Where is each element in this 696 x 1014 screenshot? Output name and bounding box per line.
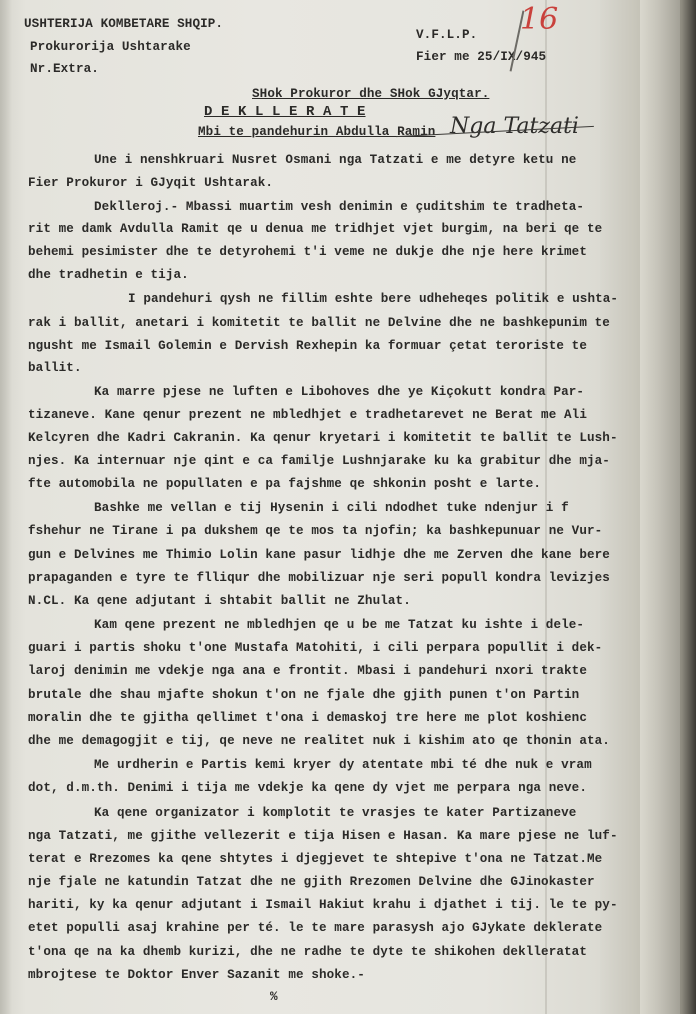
- body-line: nje fjale ne katundin Tatzat dhe ne gjit…: [28, 875, 595, 889]
- body-line: N.CL. Ka qene adjutant i shtabit ballit …: [28, 594, 411, 608]
- body-line: Ka qene organizator i komplotit te vrasj…: [94, 806, 576, 820]
- body-line: fte automobila ne popullaten e pa fajshm…: [28, 477, 541, 491]
- body-line: t'ona qe na ka dhemb kurizi, dhe ne radh…: [28, 945, 587, 959]
- body-line: Une i nenshkruari Nusret Osmani nga Tatz…: [94, 153, 576, 167]
- body-line: rit me damk Avdulla Ramit qe u denua me …: [28, 222, 602, 236]
- org-department: Prokurorija Ushtarake: [30, 40, 191, 54]
- body-line: fshehur ne Tirane i pa dukshem qe te mos…: [28, 524, 602, 538]
- body-line: guari i partis shoku t'one Mustafa Matoh…: [28, 641, 602, 655]
- torn-tape-strip: [640, 0, 680, 1014]
- body-line: Ka marre pjese ne luften e Libohoves dhe…: [94, 385, 584, 399]
- body-line: gun e Delvines me Thimio Lolin kane pasu…: [28, 548, 610, 562]
- place-date: Fier me 25/IX/945: [416, 50, 546, 64]
- body-line: terat e Rrezomes ka qene shtytes i djegj…: [28, 852, 602, 866]
- handwritten-subject: Nga Tatzati: [450, 114, 579, 139]
- body-line: Kam qene prezent ne mbledhjen qe u be me…: [94, 618, 584, 632]
- body-line: laroj denimin me vdekje nga ana e fronti…: [28, 664, 587, 678]
- body-line: dhe me demagogjit e tij, qe neve ne real…: [28, 734, 610, 748]
- body-line: ballit.: [28, 361, 82, 375]
- addressee: SHok Prokuror dhe SHok GJyqtar.: [252, 87, 489, 101]
- body-line: mbrojtese te Doktor Enver Sazanit me sho…: [28, 968, 365, 982]
- body-line: hariti, ky ka qenur adjutant i Ismail Ha…: [28, 898, 618, 912]
- body-line: dhe tradhetin e tija.: [28, 268, 189, 282]
- body-line: behemi pesimister dhe te detyrohemi t'i …: [28, 245, 587, 259]
- motto: V.F.L.P.: [416, 28, 477, 42]
- body-line: njes. Ka internuar nje qint e ca familje…: [28, 454, 610, 468]
- page-shadow: [0, 0, 12, 1014]
- body-line: brutale dhe shau mjafte shokun t'on ne f…: [28, 688, 579, 702]
- body-line: moralin dhe te gjitha qellimet t'ona i d…: [28, 711, 587, 725]
- body-line: etet populli asaj krahine per té. le te …: [28, 921, 602, 935]
- body-line: ngusht me Ismail Golemin e Dervish Rexhe…: [28, 339, 587, 353]
- body-line: I pandehuri qysh ne fillim eshte bere ud…: [128, 292, 618, 306]
- body-line: Deklleroj.- Mbassi muartim vesh denimin …: [94, 200, 584, 214]
- body-line: Me urdherin e Partis kemi kryer dy atent…: [94, 758, 592, 772]
- org-name: USHTERIJA KOMBETARE SHQIP.: [24, 17, 223, 31]
- body-line: tizaneve. Kane qenur prezent ne mbledhje…: [28, 408, 587, 422]
- body-line: prapaganden e tyre te flliqur dhe mobili…: [28, 571, 610, 585]
- handwritten-page-number: 16: [520, 2, 558, 37]
- document-number: Nr.Extra.: [30, 62, 99, 76]
- body-line: nga Tatzati, me gjithe vellezerit e tija…: [28, 829, 618, 843]
- body-line: Bashke me vellan e tij Hysenin i cili nd…: [94, 501, 569, 515]
- footer-mark: %: [270, 990, 278, 1004]
- body-line: rak i ballit, anetari i komitetit te bal…: [28, 316, 610, 330]
- document-title: D E K L L E R A T E: [204, 104, 366, 120]
- body-line: Kelcyren dhe Kadri Cakranin. Ka qenur kr…: [28, 431, 618, 445]
- body-line: dot, d.m.th. Denimi i tija me vdekje ka …: [28, 781, 587, 795]
- body-line: Fier Prokuror i GJyqit Ushtarak.: [28, 176, 273, 190]
